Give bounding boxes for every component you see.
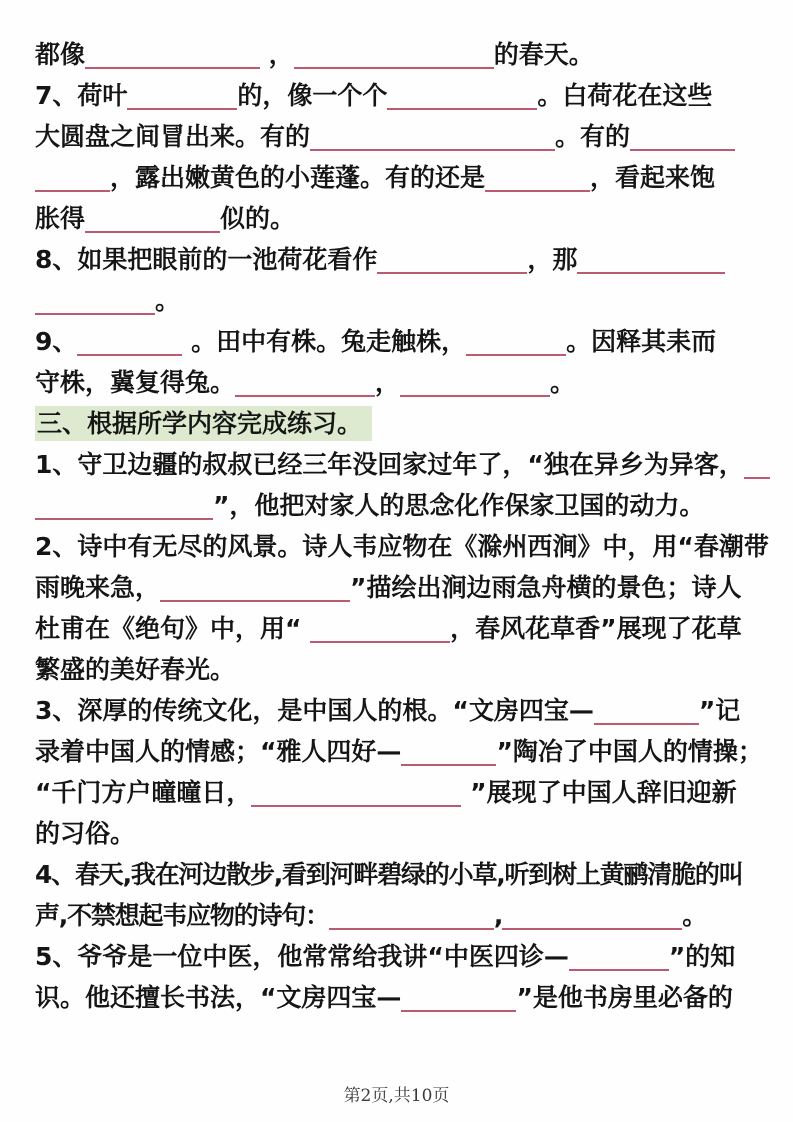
fill-in-blank [400, 392, 550, 397]
page-footer: 第2页,共10页 [0, 1081, 793, 1106]
fill-in-blank [251, 802, 461, 807]
text-segment: 繁盛的美好春光。 [35, 655, 235, 684]
question-9-line-1: 9、 。田中有株。兔走触株，。因释其耒而 [35, 321, 767, 362]
text-segment: ”，他把对家人的思念化作保家卫国的动力。 [213, 491, 704, 520]
fill-in-blank [594, 720, 699, 725]
text-segment: ， [260, 40, 294, 69]
question-8-line-2: 。 [35, 280, 767, 321]
text-segment: 的，像一个个 [237, 81, 387, 110]
fill-in-blank [377, 269, 527, 274]
text-segment: 。有的 [555, 122, 630, 151]
fill-in-blank [294, 64, 494, 69]
question-2-line-3: 杜甫在《绝句》中，用“ ，春风花草香”展现了花草 [35, 608, 767, 649]
section-highlight: 三、根据所学内容完成练习。 [35, 406, 372, 441]
text-segment: ”描绘出涧边雨急舟横的景色；诗人 [350, 573, 741, 602]
text-segment: 8、如果把眼前的一池荷花看作 [35, 245, 377, 274]
fill-in-blank [127, 105, 237, 110]
question-3-line-3: “千门方户曈曈日， ”展现了中国人辞旧迎新 [35, 772, 767, 813]
fill-in-blank [35, 310, 155, 315]
question-4-line-1: 4、春天,我在河边散步,看到河畔碧绿的小草,听到树上黄鹂清脆的叫 [35, 854, 767, 895]
fill-in-blank [744, 474, 770, 479]
text-segment: ”展现了中国人辞旧迎新 [461, 778, 736, 807]
fill-in-blank [160, 597, 350, 602]
question-7-line-4: 胀得似的。 [35, 198, 767, 239]
text-segment: 。因释其耒而 [566, 327, 716, 356]
text-segment: 守株，冀复得兔。 [35, 368, 235, 397]
text-segment: 。田中有株。兔走触株， [182, 327, 466, 356]
question-7-line-3: ，露出嫩黄色的小莲蓬。有的还是，看起来饱 [35, 157, 767, 198]
worksheet-page: 都像 ，的春天。7、荷叶的，像一个个。白荷花在这些大圆盘之间冒出来。有的。有的，… [0, 0, 793, 1122]
text-segment: ”陶冶了中国人的情操； [496, 737, 762, 766]
text-segment: 的习俗。 [35, 819, 135, 848]
question-1-line-1: 1、守卫边疆的叔叔已经三年没回家过年了，“独在异乡为异客， [35, 444, 767, 485]
text-segment: 胀得 [35, 204, 85, 233]
text-segment: 识。他还擅长书法，“文房四宝— [35, 983, 401, 1012]
fill-in-blank [387, 105, 537, 110]
text-segment: 7、荷叶 [35, 81, 127, 110]
text-segment: 都像 [35, 40, 85, 69]
fill-in-blank [466, 351, 566, 356]
question-6-continuation: 都像 ，的春天。 [35, 34, 767, 75]
text-segment: , [494, 901, 502, 930]
text-segment: ，露出嫩黄色的小莲蓬。有的还是 [110, 163, 485, 192]
text-segment: 4、春天,我在河边散步,看到河畔碧绿的小草,听到树上黄鹂清脆的叫 [35, 860, 743, 889]
text-segment: 似的。 [220, 204, 295, 233]
question-2-line-1: 2、诗中有无尽的风景。诗人韦应物在《滁州西涧》中，用“春潮带 [35, 526, 767, 567]
text-segment: ”记 [699, 696, 740, 725]
text-segment: “千门方户曈曈日， [35, 778, 251, 807]
document-body: 都像 ，的春天。7、荷叶的，像一个个。白荷花在这些大圆盘之间冒出来。有的。有的，… [35, 34, 767, 1018]
question-9-line-2: 守株，冀复得兔。，。 [35, 362, 767, 403]
text-segment: 2、诗中有无尽的风景。诗人韦应物在《滁州西涧》中，用“春潮带 [35, 532, 769, 561]
fill-in-blank [85, 64, 260, 69]
text-segment: 声,不禁想起韦应物的诗句： [35, 901, 329, 930]
fill-in-blank [35, 515, 213, 520]
fill-in-blank [77, 351, 182, 356]
question-3-line-1: 3、深厚的传统文化，是中国人的根。“文房四宝—”记 [35, 690, 767, 731]
question-1-line-2: ”，他把对家人的思念化作保家卫国的动力。 [35, 485, 767, 526]
text-segment: ，那 [527, 245, 577, 274]
fill-in-blank [502, 925, 682, 930]
fill-in-blank [401, 1007, 516, 1012]
question-4-line-2: 声,不禁想起韦应物的诗句：,。 [35, 895, 767, 936]
text-segment: ，看起来饱 [590, 163, 715, 192]
text-segment: ，春风花草香”展现了花草 [450, 614, 741, 643]
text-segment: 9、 [35, 327, 77, 356]
question-7-line-2: 大圆盘之间冒出来。有的。有的 [35, 116, 767, 157]
text-segment: 。白荷花在这些 [537, 81, 712, 110]
fill-in-blank [577, 269, 725, 274]
question-2-line-4: 繁盛的美好春光。 [35, 649, 767, 690]
fill-in-blank [485, 187, 590, 192]
fill-in-blank [85, 228, 220, 233]
question-5-line-2: 识。他还擅长书法，“文房四宝—”是他书房里必备的 [35, 977, 767, 1018]
text-segment: 雨晚来急， [35, 573, 160, 602]
question-8-line-1: 8、如果把眼前的一池荷花看作，那 [35, 239, 767, 280]
fill-in-blank [310, 146, 555, 151]
text-segment: 5、爷爷是一位中医，他常常给我讲“中医四诊— [35, 942, 569, 971]
fill-in-blank [401, 761, 496, 766]
text-segment: 。 [550, 368, 575, 397]
fill-in-blank [630, 146, 735, 151]
text-segment: 。 [155, 286, 180, 315]
text-segment: 录着中国人的情感；“雅人四好— [35, 737, 401, 766]
question-2-line-2: 雨晚来急，”描绘出涧边雨急舟横的景色；诗人 [35, 567, 767, 608]
text-segment: 3、深厚的传统文化，是中国人的根。“文房四宝— [35, 696, 594, 725]
text-segment: 杜甫在《绝句》中，用“ [35, 614, 310, 643]
text-segment: ， [375, 368, 400, 397]
text-segment: 三、根据所学内容完成练习。 [37, 409, 362, 438]
text-segment: 。 [682, 901, 706, 930]
question-7-line-1: 7、荷叶的，像一个个。白荷花在这些 [35, 75, 767, 116]
fill-in-blank [310, 638, 450, 643]
text-segment: ”的知 [669, 942, 735, 971]
text-segment: ”是他书房里必备的 [516, 983, 732, 1012]
fill-in-blank [569, 966, 669, 971]
text-segment: 大圆盘之间冒出来。有的 [35, 122, 310, 151]
question-5-line-1: 5、爷爷是一位中医，他常常给我讲“中医四诊—”的知 [35, 936, 767, 977]
fill-in-blank [329, 925, 494, 930]
question-3-line-4: 的习俗。 [35, 813, 767, 854]
text-segment: 1、守卫边疆的叔叔已经三年没回家过年了，“独在异乡为异客， [35, 450, 744, 479]
text-segment: 的春天。 [494, 40, 594, 69]
fill-in-blank [35, 187, 110, 192]
fill-in-blank [235, 392, 375, 397]
question-3-line-2: 录着中国人的情感；“雅人四好—”陶冶了中国人的情操； [35, 731, 767, 772]
section-3-header: 三、根据所学内容完成练习。 [35, 403, 767, 444]
